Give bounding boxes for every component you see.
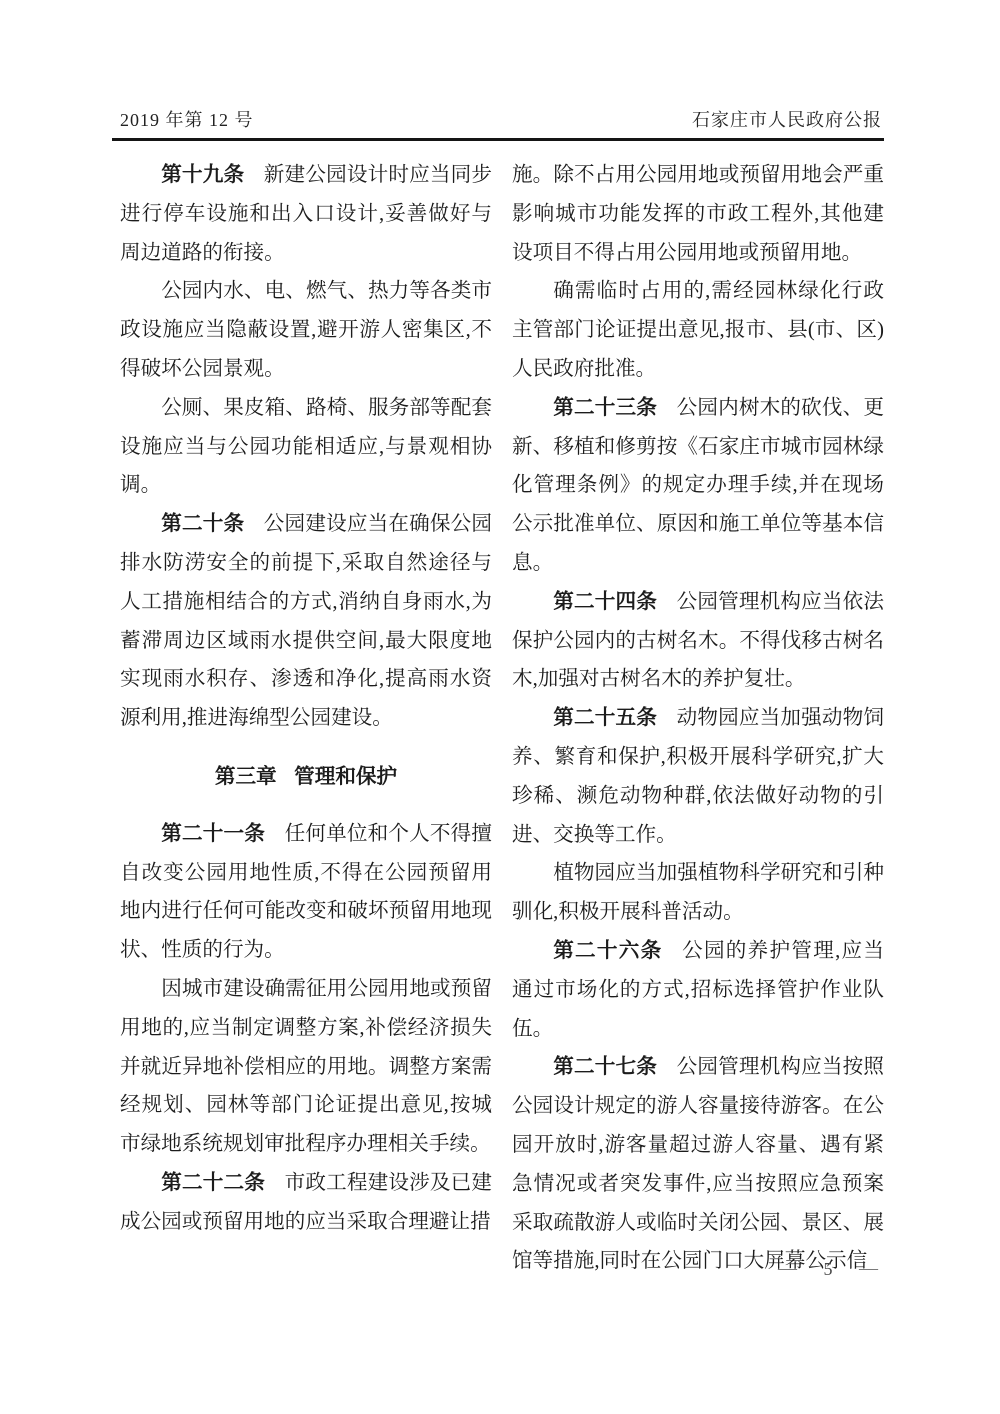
article-number: 第二十五条	[553, 706, 657, 729]
left-column: 第十九条新建公园设计时应当同步进行停车设施和出入口设计,妥善做好与周边道路的衔接…	[120, 156, 492, 1242]
paragraph-text: 因城市建设确需征用公园用地或预留用地的,应当制定调整方案,补偿经济损失并就近异地…	[120, 978, 492, 1155]
page-number-value: 5	[824, 1259, 833, 1280]
chapter-number: 第三章	[215, 765, 277, 788]
right-column: 施。除不占用公园用地或预留用地会严重影响城市功能发挥的市政工程外,其他建设项目不…	[512, 156, 884, 1281]
paragraph-text: 公厕、果皮箱、路椅、服务部等配套设施应当与公园功能相适应,与景观相协调。	[120, 397, 492, 497]
article-number: 第二十三条	[553, 396, 657, 419]
issue-label: 2019 年第 12 号	[120, 106, 254, 132]
paragraph-text: 公园内水、电、燃气、热力等各类市政设施应当隐蔽设置,避开游人密集区,不得破坏公园…	[120, 280, 492, 380]
page-number-dash-right: —	[859, 1258, 878, 1280]
paragraph-text: 公园内树木的砍伐、更新、移植和修剪按《石家庄市城市园林绿化管理条例》的规定办理手…	[512, 397, 884, 574]
article-number: 第二十四条	[553, 590, 657, 613]
article-number: 第二十六条	[553, 939, 662, 962]
law-paragraph: 第十九条新建公园设计时应当同步进行停车设施和出入口设计,妥善做好与周边道路的衔接…	[120, 156, 492, 272]
law-paragraph: 公厕、果皮箱、路椅、服务部等配套设施应当与公园功能相适应,与景观相协调。	[120, 389, 492, 505]
law-paragraph: 第二十六条公园的养护管理,应当通过市场化的方式,招标选择管护作业队伍。	[512, 932, 884, 1048]
article-number: 第二十七条	[553, 1055, 657, 1078]
header-rule	[112, 138, 884, 141]
law-paragraph: 因城市建设确需征用公园用地或预留用地的,应当制定调整方案,补偿经济损失并就近异地…	[120, 970, 492, 1164]
law-paragraph: 确需临时占用的,需经园林绿化行政主管部门论证提出意见,报市、县(市、区)人民政府…	[512, 272, 884, 388]
law-paragraph: 第二十四条公园管理机构应当依法保护公园内的古树名木。不得伐移古树名木,加强对古树…	[512, 583, 884, 699]
paragraph-text: 管理和保护	[294, 765, 397, 788]
paragraph-text: 公园建设应当在确保公园排水防涝安全的前提下,采取自然途径与人工措施相结合的方式,…	[120, 513, 492, 729]
page-number-dash-left: —	[778, 1258, 797, 1280]
law-paragraph: 第二十条公园建设应当在确保公园排水防涝安全的前提下,采取自然途径与人工措施相结合…	[120, 505, 492, 738]
paragraph-text: 植物园应当加强植物科学研究和引种驯化,积极开展科普活动。	[512, 862, 884, 923]
chapter-heading: 第三章管理和保护	[120, 758, 492, 797]
paragraph-text: 确需临时占用的,需经园林绿化行政主管部门论证提出意见,报市、县(市、区)人民政府…	[512, 280, 884, 380]
paragraph-text: 施。除不占用公园用地或预留用地会严重影响城市功能发挥的市政工程外,其他建设项目不…	[512, 164, 884, 264]
page-header: 2019 年第 12 号 石家庄市人民政府公报	[120, 106, 882, 132]
law-paragraph: 植物园应当加强植物科学研究和引种驯化,积极开展科普活动。	[512, 854, 884, 932]
law-paragraph: 第二十二条市政工程建设涉及已建成公园或预留用地的应当采取合理避让措	[120, 1164, 492, 1242]
article-number: 第十九条	[161, 163, 244, 186]
article-number: 第二十条	[161, 512, 244, 535]
law-paragraph: 施。除不占用公园用地或预留用地会严重影响城市功能发挥的市政工程外,其他建设项目不…	[512, 156, 884, 272]
law-paragraph: 第二十一条任何单位和个人不得擅自改变公园用地性质,不得在公园预留用地内进行任何可…	[120, 815, 492, 970]
gazette-page: 2019 年第 12 号 石家庄市人民政府公报 第十九条新建公园设计时应当同步进…	[0, 0, 1000, 1414]
page-number: — 5 —	[778, 1258, 878, 1280]
law-paragraph: 第二十五条动物园应当加强动物饲养、繁育和保护,积极开展科学研究,扩大珍稀、濒危动…	[512, 699, 884, 854]
law-paragraph: 公园内水、电、燃气、热力等各类市政设施应当隐蔽设置,避开游人密集区,不得破坏公园…	[120, 272, 492, 388]
law-paragraph: 第二十七条公园管理机构应当按照公园设计规定的游人容量接待游客。在公园开放时,游客…	[512, 1048, 884, 1281]
paragraph-text: 公园管理机构应当按照公园设计规定的游人容量接待游客。在公园开放时,游客量超过游人…	[512, 1056, 884, 1272]
publication-title: 石家庄市人民政府公报	[692, 106, 882, 132]
article-number: 第二十一条	[161, 822, 265, 845]
article-number: 第二十二条	[161, 1171, 265, 1194]
law-paragraph: 第二十三条公园内树木的砍伐、更新、移植和修剪按《石家庄市城市园林绿化管理条例》的…	[512, 389, 884, 583]
